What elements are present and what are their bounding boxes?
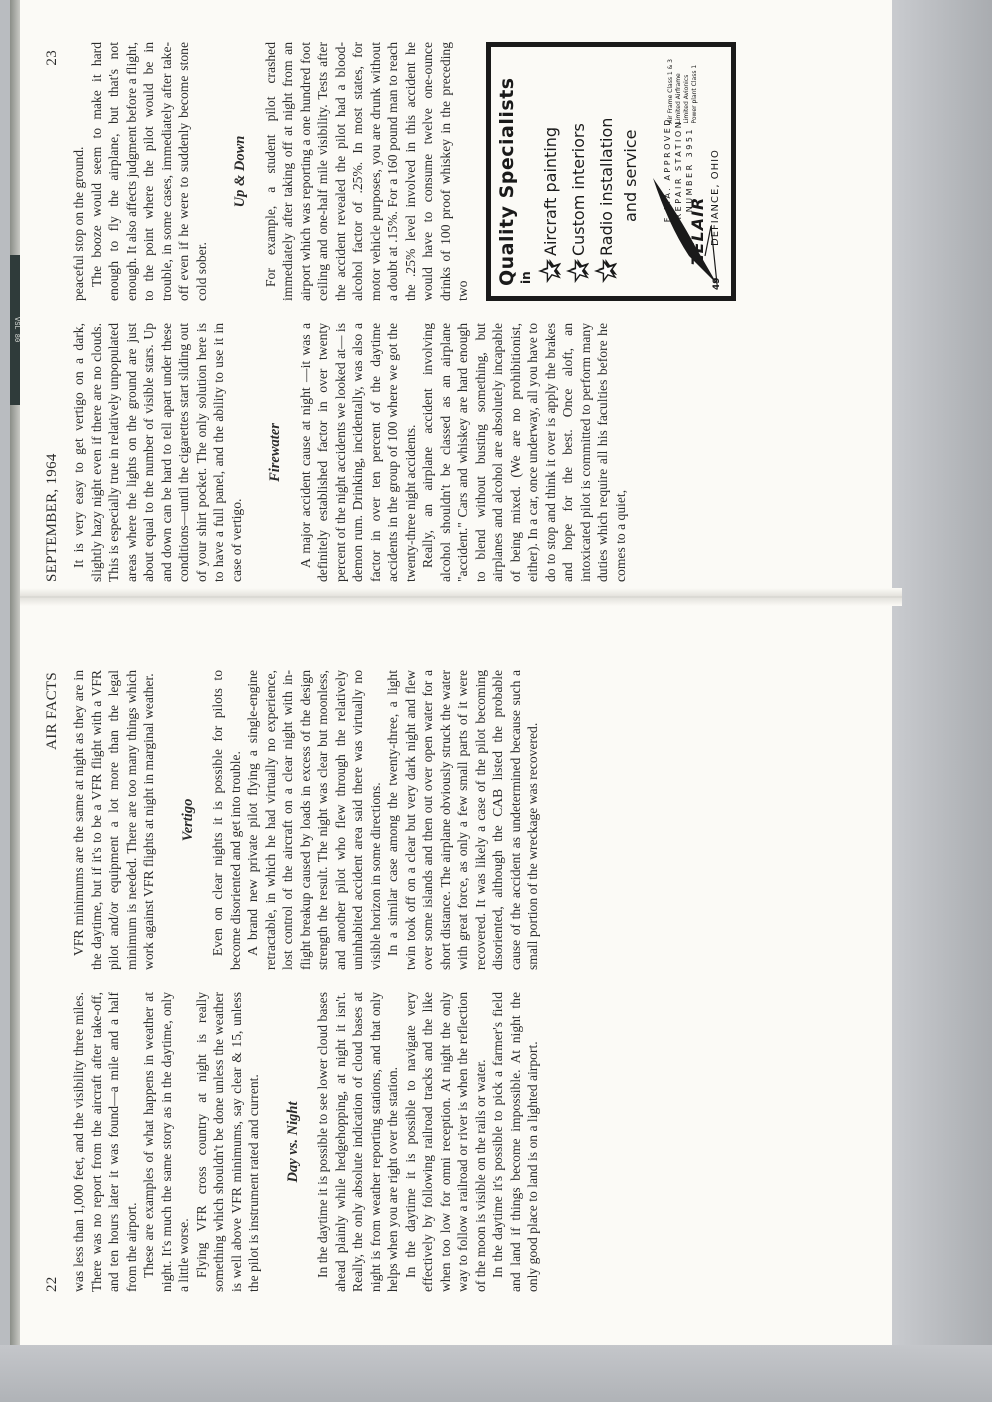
text-column-left: It is very easy to get vertigo on a dark… [70, 323, 736, 582]
text-column-right: peaceful stop on the ground. The booze w… [70, 42, 736, 301]
star-icon: ★ [538, 256, 564, 286]
paragraph: It is very easy to get vertigo on a dark… [70, 323, 245, 582]
paragraph: A brand new private pilot flying a singl… [244, 670, 384, 970]
paragraph: peaceful stop on the ground. [70, 42, 88, 301]
paragraph: In the daytime it is possible to see low… [314, 992, 402, 1292]
paragraph: The booze would seem to make it hard eno… [88, 42, 211, 301]
ad-faa-approval: F.A.A. APPROVED REPAIR STATION NUMBER 39… [662, 117, 695, 222]
running-head-title: SEPTEMBER, 1964 [44, 42, 61, 582]
paragraph: VFR minimums are the same at night as th… [70, 670, 158, 970]
ad-city: DEFIANCE, OHIO [707, 149, 725, 246]
running-head: SEPTEMBER, 1964 23 [40, 42, 70, 582]
spine-label: VSL 80 [10, 255, 20, 405]
running-head-title: AIR FACTS [44, 672, 61, 750]
ad-service-sub: and service [622, 57, 640, 286]
paragraph: For example, a student pilot crashed imm… [262, 42, 472, 301]
ad-service: ★ Custom interiors [566, 57, 592, 286]
paragraph: In the daytime it's possible to pick a f… [489, 992, 542, 1292]
text-column-right: VFR minimums are the same at night as th… [70, 670, 542, 970]
paragraph: In the daytime it is possible to navigat… [402, 992, 490, 1292]
paragraph: Flying VFR cross country at night is rea… [193, 992, 263, 1292]
page-number: 23 [44, 50, 61, 66]
paragraph: These are examples of what happens in we… [140, 992, 193, 1292]
section-heading-day-vs-night: Day vs. Night [285, 992, 303, 1292]
ad-service: ★ Radio installation [594, 57, 620, 286]
page-23: SEPTEMBER, 1964 23 It is very easy to ge… [40, 42, 880, 582]
section-heading-firewater: Firewater [267, 323, 285, 582]
paragraph: In a similar case among the twenty-three… [384, 670, 542, 970]
ad-certifications: Air Frame Class 1 & 3 Limited Airframe L… [667, 59, 699, 124]
star-icon: ★ [566, 256, 592, 286]
page-22: 22 AIR FACTS was less than 1,000 feet, a… [40, 642, 880, 1292]
running-head: 22 AIR FACTS [40, 642, 70, 1292]
star-icon: ★ [594, 256, 620, 286]
section-heading-vertigo: Vertigo [180, 670, 198, 970]
paragraph: A major accident cause at night —it was … [297, 323, 420, 582]
ad-title: Quality Specialists [499, 57, 517, 286]
spine-edge [10, 0, 20, 1345]
advertisement-zelair: Quality Specialists in ★ Aircraft painti… [486, 42, 736, 301]
section-heading-up-down: Up & Down [232, 42, 250, 301]
page-number: 22 [44, 1276, 61, 1292]
text-column-left: was less than 1,000 feet, and the visibi… [70, 992, 542, 1292]
scanner-background-bottom [0, 1345, 992, 1402]
scanner-background-right [892, 0, 992, 1402]
ad-code: 49 [709, 277, 727, 290]
paragraph: Even on clear nights it is possible for … [209, 670, 244, 970]
page-gutter [20, 588, 902, 606]
paragraph: Really, an airplane accident involving a… [419, 323, 629, 582]
ad-in: in [518, 57, 536, 284]
ad-footer: ZELAIR DEFIANCE, OHIO F.A.A. APPROVED RE… [645, 57, 725, 286]
ad-service: ★ Aircraft painting [538, 57, 564, 286]
paragraph: was less than 1,000 feet, and the visibi… [70, 992, 140, 1292]
